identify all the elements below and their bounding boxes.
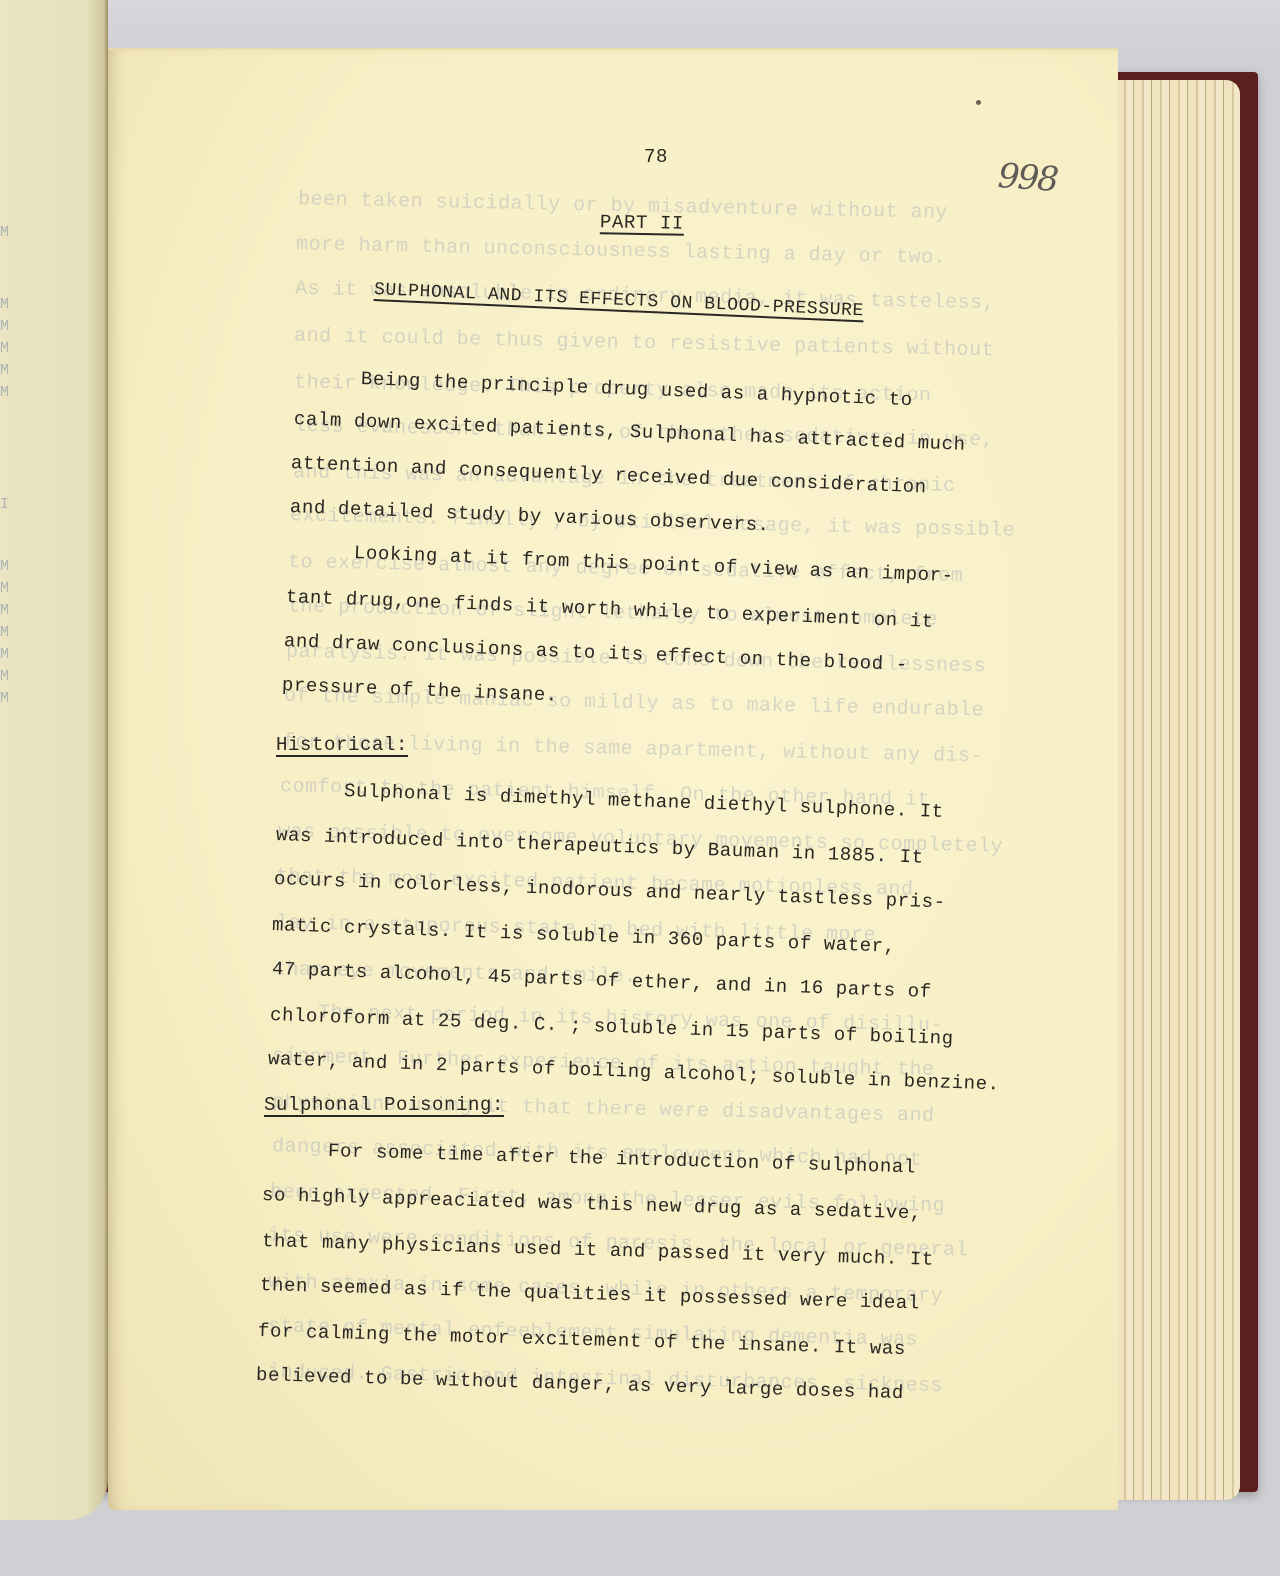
poisoning-heading: Sulphonal Poisoning: xyxy=(264,1094,504,1116)
ghost-char: M xyxy=(0,338,20,360)
ghost-char: M xyxy=(0,294,20,316)
ghost-char: M xyxy=(0,600,20,622)
ghost-char: M xyxy=(0,688,20,710)
document-page: been taken suicidally or by misadventure… xyxy=(108,48,1118,1510)
ink-dot xyxy=(976,100,981,105)
handwritten-folio-number: 998 xyxy=(997,156,1059,200)
ghost-line: and it could be thus given to resistive … xyxy=(294,325,994,363)
ghost-char: M xyxy=(0,556,20,578)
text-line: tant drug,one finds it worth while to ex… xyxy=(286,586,934,633)
ghost-char: M xyxy=(0,316,20,338)
left-page-show-through: M M M M M M I M M M M M M M xyxy=(0,222,20,710)
left-page-edge: M M M M M M I M M M M M M M xyxy=(0,0,108,1520)
historical-heading: Historical: xyxy=(276,734,408,756)
ghost-char: M xyxy=(0,666,20,688)
ghost-char: M xyxy=(0,578,20,600)
ghost-char: M xyxy=(0,382,20,404)
text-line: Being the principle drug used as a hypno… xyxy=(361,368,914,411)
ghost-char: M xyxy=(0,222,20,244)
text-line: attention and consequently received due … xyxy=(291,452,927,498)
part-heading: PART II xyxy=(600,211,684,234)
text-line: calm down excited patients, Sulphonal ha… xyxy=(294,408,966,456)
page-number: 78 xyxy=(644,146,668,168)
ghost-char: M xyxy=(0,622,20,644)
ghost-char: M xyxy=(0,360,20,382)
ghost-line: more harm than unconsciousness lasting a… xyxy=(296,233,946,270)
ghost-char: I xyxy=(0,494,20,516)
ghost-char: M xyxy=(0,644,20,666)
